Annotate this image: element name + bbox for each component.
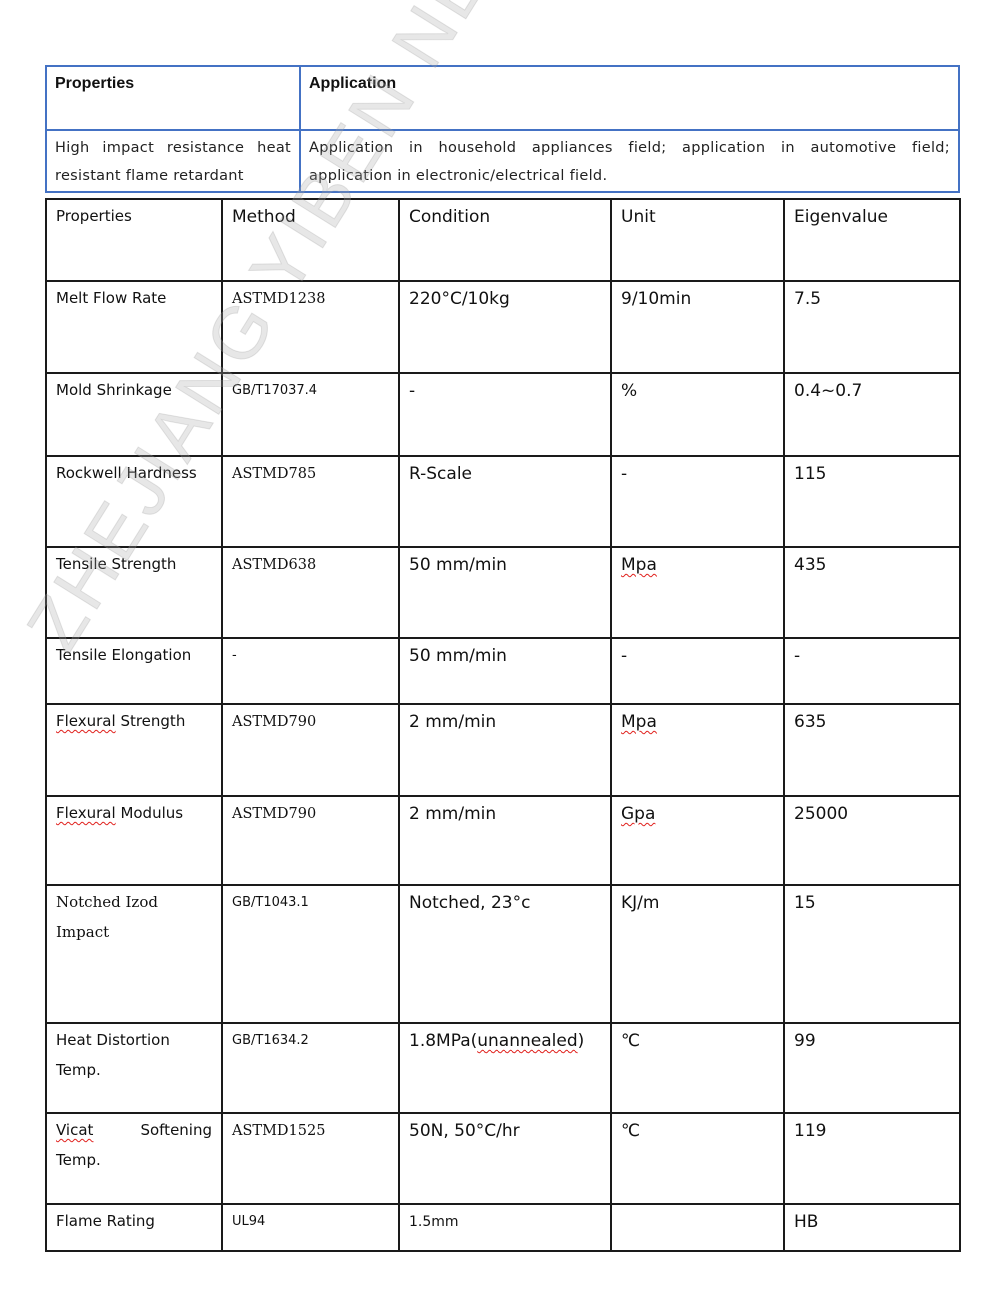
cell-condition: - [399,373,611,456]
cell-property: Flame Rating [46,1204,222,1251]
column-header-properties: Properties [46,199,222,281]
properties-table: Properties Method Condition Unit Eigenva… [45,198,961,1252]
cell-condition: 2 mm/min [399,796,611,885]
cell-eigenvalue: 25000 [784,796,960,885]
cell-eigenvalue: 435 [784,547,960,638]
cell-method: UL94 [222,1204,399,1251]
table-row: Flexural StrengthASTMD7902 mm/minMpa635 [46,704,960,796]
header-application: Application [301,67,958,129]
cell-unit: 9/10min [611,281,784,373]
properties-description: High impact resistance heat resistant fl… [47,131,301,191]
cell-condition: 50N, 50°C/hr [399,1113,611,1204]
table-row: Tensile StrengthASTMD63850 mm/minMpa435 [46,547,960,638]
cell-eigenvalue: 635 [784,704,960,796]
cell-eigenvalue: - [784,638,960,704]
cell-method: GB/T17037.4 [222,373,399,456]
cell-unit: ℃ [611,1023,784,1113]
column-header-condition: Condition [399,199,611,281]
property-word: Softening [140,1115,212,1145]
cell-eigenvalue: 7.5 [784,281,960,373]
cell-method: ASTMD785 [222,456,399,547]
cell-property: Tensile Elongation [46,638,222,704]
cell-condition: 1.8MPa(unannealed) [399,1023,611,1113]
cell-eigenvalue: 0.4~0.7 [784,373,960,456]
table-row: Rockwell HardnessASTMD785R-Scale-115 [46,456,960,547]
cell-condition: 220°C/10kg [399,281,611,373]
cell-method: - [222,638,399,704]
table-row: Notched IzodImpactGB/T1043.1Notched, 23°… [46,885,960,1023]
cell-unit: Mpa [611,704,784,796]
cell-unit: Mpa [611,547,784,638]
table-row: Heat DistortionTemp.GB/T1634.21.8MPa(una… [46,1023,960,1113]
application-description: Application in household appliances fiel… [301,131,958,191]
spellcheck-underline: Gpa [621,804,655,824]
spellcheck-underline: Flexural [56,804,116,822]
header-properties: Properties [47,67,301,129]
cell-condition: Notched, 23°c [399,885,611,1023]
cell-eigenvalue: 15 [784,885,960,1023]
cell-method: ASTMD1525 [222,1113,399,1204]
cell-unit: - [611,638,784,704]
spellcheck-underline: Vicat [56,1115,93,1145]
cell-condition: 50 mm/min [399,638,611,704]
cell-property: Mold Shrinkage [46,373,222,456]
cell-method: GB/T1043.1 [222,885,399,1023]
application-table: Properties Application High impact resis… [45,65,960,193]
cell-condition: R-Scale [399,456,611,547]
cell-eigenvalue: 115 [784,456,960,547]
column-header-eigenvalue: Eigenvalue [784,199,960,281]
cell-property: Heat DistortionTemp. [46,1023,222,1113]
table-header-row: Properties Method Condition Unit Eigenva… [46,199,960,281]
cell-unit: ℃ [611,1113,784,1204]
cell-unit: - [611,456,784,547]
cell-method: ASTMD1238 [222,281,399,373]
application-body-row: High impact resistance heat resistant fl… [47,131,958,191]
table-row: VicatSofteningTemp.ASTMD152550N, 50°C/hr… [46,1113,960,1204]
cell-unit [611,1204,784,1251]
cell-property: Melt Flow Rate [46,281,222,373]
cell-condition: 50 mm/min [399,547,611,638]
cell-eigenvalue: 99 [784,1023,960,1113]
cell-property: Flexural Strength [46,704,222,796]
cell-method: GB/T1634.2 [222,1023,399,1113]
cell-eigenvalue: HB [784,1204,960,1251]
property-justified-line: VicatSoftening [56,1115,212,1145]
table-row: Mold ShrinkageGB/T17037.4-%0.4~0.7 [46,373,960,456]
application-header-row: Properties Application [47,67,958,131]
cell-condition: 2 mm/min [399,704,611,796]
cell-method: ASTMD638 [222,547,399,638]
cell-property: Notched IzodImpact [46,885,222,1023]
table-row: Flexural ModulusASTMD7902 mm/minGpa25000 [46,796,960,885]
cell-eigenvalue: 119 [784,1113,960,1204]
cell-property: Rockwell Hardness [46,456,222,547]
spellcheck-underline: Mpa [621,555,657,575]
cell-property: Flexural Modulus [46,796,222,885]
spellcheck-underline: Mpa [621,712,657,732]
spellcheck-underline: unannealed [477,1031,577,1051]
cell-condition: 1.5mm [399,1204,611,1251]
cell-unit: % [611,373,784,456]
table-row: Melt Flow RateASTMD1238220°C/10kg9/10min… [46,281,960,373]
cell-method: ASTMD790 [222,796,399,885]
cell-unit: KJ/m [611,885,784,1023]
column-header-unit: Unit [611,199,784,281]
cell-property: Tensile Strength [46,547,222,638]
table-row: Flame RatingUL941.5mmHB [46,1204,960,1251]
column-header-method: Method [222,199,399,281]
table-row: Tensile Elongation-50 mm/min-- [46,638,960,704]
cell-property: VicatSofteningTemp. [46,1113,222,1204]
cell-unit: Gpa [611,796,784,885]
spellcheck-underline: Flexural [56,712,116,730]
cell-method: ASTMD790 [222,704,399,796]
